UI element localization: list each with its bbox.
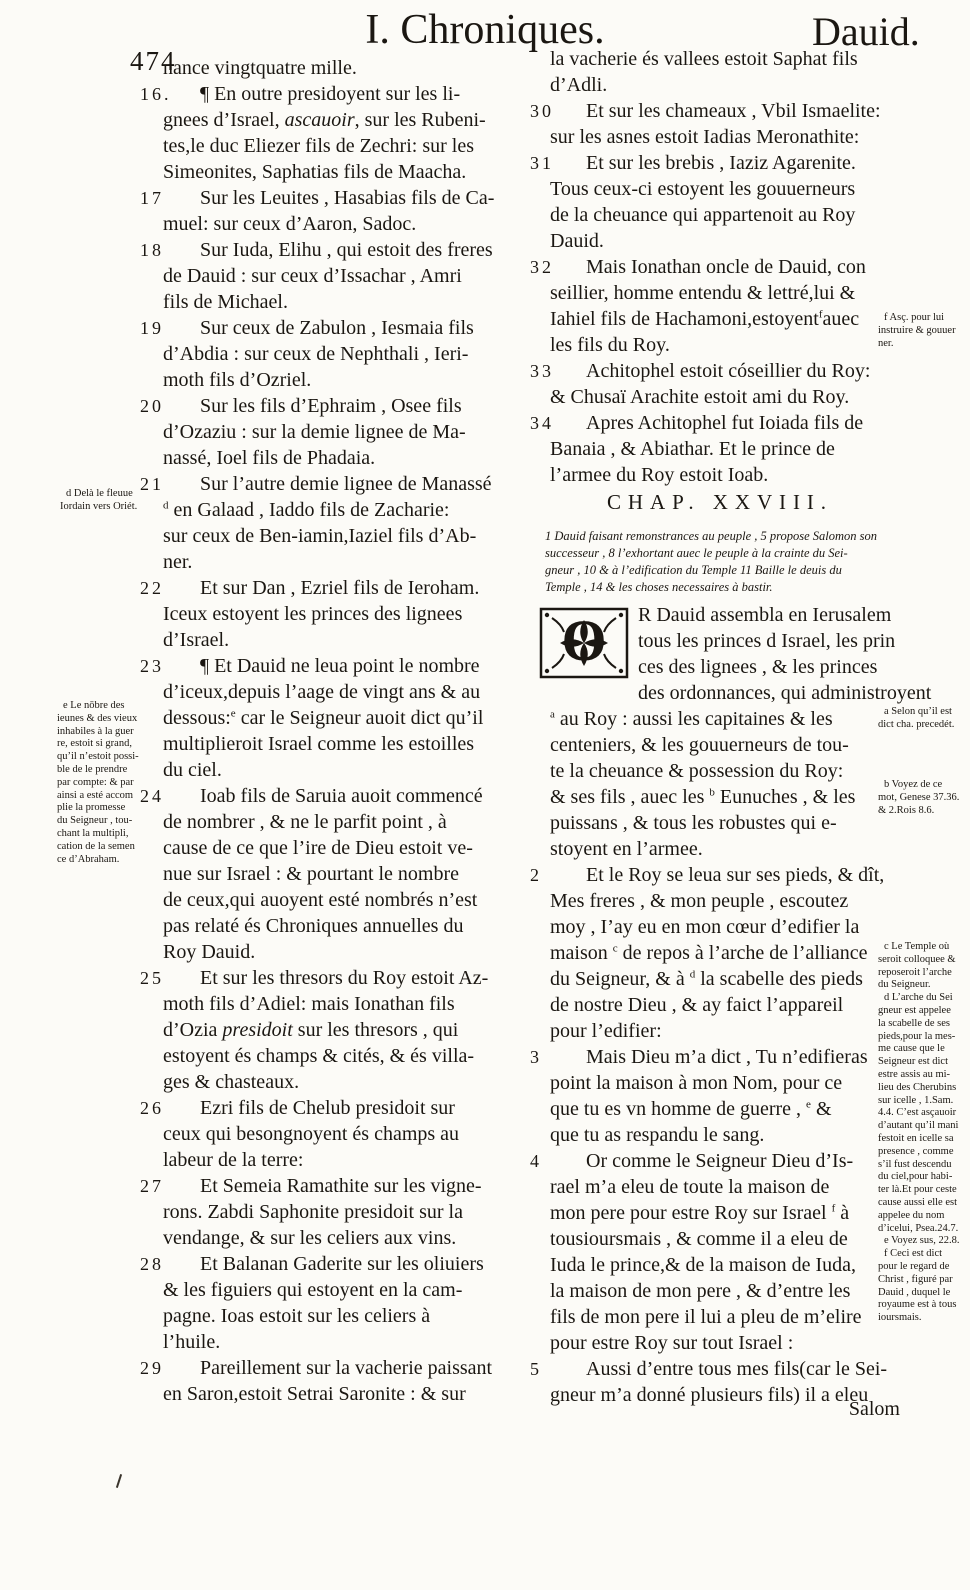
verse-text: tes,le duc Eliezer fils de Zechri: sur l…: [163, 135, 474, 157]
text-line: de ceux,qui auoyent esté nombrés n’est: [138, 887, 522, 913]
text-line: a au Roy : aussi les capitaines & les: [528, 706, 912, 732]
verse-text: Roy Dauid.: [163, 941, 255, 963]
verse-text: Iahiel fils de Hachamoni,estoyentfauec: [550, 308, 859, 330]
verse-text: R Dauid assembla en Ierusalem: [638, 604, 891, 626]
text-line: du Seigneur, & à d la scabelle des pieds: [528, 966, 912, 992]
verse-text: Et sur les thresors du Roy estoit Az-: [200, 967, 488, 989]
text-line: l’armee du Roy estoit Ioab.: [528, 462, 912, 488]
verse-text: Or comme le Seigneur Dieu d’Is-: [586, 1150, 853, 1172]
verse-text: & ses fils , auec les b Eunuches , & les: [550, 786, 855, 808]
verse-text: ¶ En outre presidoyent sur les li-: [200, 83, 460, 105]
verse-text: Et le Roy se leua sur ses pieds, & dît,: [586, 864, 884, 886]
text-line: 5Aussi d’entre tous mes fils(car le Sei-: [528, 1356, 912, 1382]
margin-note-line: ainsi a esté accom: [57, 790, 141, 803]
verse-text: sur les asnes estoit Iadias Meronathite:: [550, 126, 859, 148]
text-line: vendange, & sur les celiers aux vins.: [138, 1225, 522, 1251]
margin-note-line: re, estoit si grand,: [57, 738, 141, 751]
verse-text: Dauid.: [550, 230, 604, 252]
verse-text: l’huile.: [163, 1331, 220, 1353]
verse-number: 4: [530, 1148, 542, 1174]
text-line: Iahiel fils de Hachamoni,estoyentfauec: [528, 306, 912, 332]
verse-text: pour l’edifier:: [550, 1020, 662, 1042]
text-line: Simeonites, Saphatias fils de Maacha.: [138, 159, 522, 185]
verse-number: 19: [140, 315, 164, 341]
verse-text: ceux qui besongnoyent és champs au: [163, 1123, 459, 1145]
verse-text: que tu es vn homme de guerre , e &: [550, 1098, 832, 1120]
verse-text: Ezri fils de Chelub presidoit sur: [200, 1097, 455, 1119]
margin-note-line: Christ , figuré par: [878, 1274, 970, 1287]
verse-text: ces des lignees , & les princes: [638, 656, 877, 678]
verse-number: 22: [140, 575, 164, 601]
text-line: Banaia , & Abiathar. Et le prince de: [528, 436, 912, 462]
margin-note-line: du Seigneur.: [878, 979, 970, 992]
argument-line: successeur , 8 l’exhortant auec le peupl…: [545, 545, 915, 562]
margin-note-line: reposeroit l’arche: [878, 967, 970, 980]
text-line: puissans , & tous les robustes qui e-: [528, 810, 912, 836]
text-line: mon pere pour estre Roy sur Israel f à: [528, 1200, 912, 1226]
verse-text: moth fils d’Adiel: mais Ionathan fils: [163, 993, 455, 1015]
margin-note-right-block: c Le Temple oùseroit colloquee &reposero…: [878, 941, 970, 1325]
verse-number: 2: [530, 862, 542, 888]
text-line: & les figuiers qui estoyent en la cam-: [138, 1277, 522, 1303]
verse-text: moth fils d’Ozriel.: [163, 369, 311, 391]
text-line: 24Ioab fils de Saruia auoit commencé: [138, 783, 522, 809]
text-line: que tu es vn homme de guerre , e &: [528, 1096, 912, 1122]
text-line: nance vingtquatre mille.: [138, 55, 522, 81]
margin-note-line: lieu des Cherubins: [878, 1082, 970, 1095]
verse-number: 26: [140, 1095, 164, 1121]
margin-note-line: ieunes & des vieux: [57, 713, 141, 726]
margin-note-right-f2: f Ceci est dictpour le regard deChrist ,…: [878, 1248, 970, 1325]
text-line: d’Ozaziu : sur la demie lignee de Ma-: [138, 419, 522, 445]
text-line: du ciel.: [138, 757, 522, 783]
verse-text: Sur ceux de Zabulon , Iesmaia fils: [200, 317, 474, 339]
text-line: 32Mais Ionathan oncle de Dauid, con: [528, 254, 912, 280]
text-line: sur les asnes estoit Iadias Meronathite:: [528, 124, 912, 150]
verse-text: Sur Iuda, Elihu , qui estoit des freres: [200, 239, 493, 261]
margin-note-line: e Le nōbre des: [57, 700, 141, 713]
catchword: Salom: [528, 1398, 900, 1421]
verse-text: puissans , & tous les robustes qui e-: [550, 812, 837, 834]
margin-note-line: par compte: & par: [57, 777, 141, 790]
verse-text: des ordonnances, qui administroyent: [638, 682, 931, 704]
verse-text: la maison de mon pere , & d’entre les: [550, 1280, 850, 1302]
verse-text: la vacherie és vallees estoit Saphat fil…: [550, 48, 858, 70]
left-text-column: nance vingtquatre mille.16.¶ En outre pr…: [138, 55, 522, 1407]
verse-text: Mais Ionathan oncle de Dauid, con: [586, 256, 866, 278]
verse-text: muel: sur ceux d’Aaron, Sadoc.: [163, 213, 416, 235]
margin-note-right-b: b Voyez de cemot, Genese 37.36.& 2.Rois …: [878, 779, 968, 817]
argument-line: 1 Dauid faisant remonstrances au peuple …: [545, 528, 915, 545]
margin-note-line: qu’il n’estoit possi-: [57, 751, 141, 764]
verse-text: centeniers, & les gouuerneurs de tou-: [550, 734, 849, 756]
verse-number: 3: [530, 1044, 542, 1070]
verse-text: tousioursmais , & comme il a eleu de: [550, 1228, 848, 1250]
text-line: 3Mais Dieu m’a dict , Tu n’edifieras: [528, 1044, 912, 1070]
text-line: l’huile.: [138, 1329, 522, 1355]
margin-note-line: estre assis au mi-: [878, 1069, 970, 1082]
text-line: 29Pareillement sur la vacherie paissant: [138, 1355, 522, 1381]
margin-note-line: plie la promesse: [57, 802, 141, 815]
text-line: & Chusaï Arachite estoit ami du Roy.: [528, 384, 912, 410]
verse-text: Et Semeia Ramathite sur les vigne-: [200, 1175, 482, 1197]
text-line: la vacherie és vallees estoit Saphat fil…: [528, 46, 912, 72]
margin-note-line: f Ceci est dict: [878, 1248, 970, 1261]
verse-number: 18: [140, 237, 164, 263]
text-line: Iceux estoyent les princes des lignees: [138, 601, 522, 627]
verse-text: nue sur Israel : & pourtant le nombre: [163, 863, 459, 885]
margin-note-line: d’autant qu’il mani: [878, 1120, 970, 1133]
text-line: Dauid.: [528, 228, 912, 254]
verse-text: Apres Achitophel fut Ioiada fils de: [586, 412, 863, 434]
margin-note-line: presence , comme: [878, 1146, 970, 1159]
margin-note-line: dict cha. precedét.: [878, 719, 968, 732]
text-line: tous les princes d Israel, les prin: [528, 628, 912, 654]
text-line: Tous ceux-ci estoyent les gouuerneurs: [528, 176, 912, 202]
verse-text: de la cheuance qui appartenoit au Roy: [550, 204, 855, 226]
verse-text: d’Ozia presidoit sur les thresors , qui: [163, 1019, 458, 1041]
margin-note-left-e: e Le nōbre desieunes & des vieuxinhabile…: [57, 700, 141, 866]
ink-speck: [116, 1474, 122, 1488]
text-line: fils de Michael.: [138, 289, 522, 315]
text-line: 17Sur les Leuites , Hasabias fils de Ca-: [138, 185, 522, 211]
verse-text: les fils du Roy.: [550, 334, 670, 356]
text-line: multiplieroit Israel comme les estoilles: [138, 731, 522, 757]
text-line: 23¶ Et Dauid ne leua point le nombre: [138, 653, 522, 679]
margin-note-right-e: e Voyez sus, 22.8.: [878, 1235, 970, 1248]
text-line: ner.: [138, 549, 522, 575]
text-line: ceux qui besongnoyent és champs au: [138, 1121, 522, 1147]
verse-text: du ciel.: [163, 759, 222, 781]
verse-text: ges & chasteaux.: [163, 1071, 299, 1093]
text-line: gnees d’Israel, ascauoir, sur les Rubeni…: [138, 107, 522, 133]
verse-text: Banaia , & Abiathar. Et le prince de: [550, 438, 835, 460]
text-line: 4Or comme le Seigneur Dieu d’Is-: [528, 1148, 912, 1174]
verse-text: d’Israel.: [163, 629, 229, 651]
verse-text: maison c de repos à l’arche de l’allianc…: [550, 942, 868, 964]
verse-text: nance vingtquatre mille.: [163, 57, 357, 79]
text-line: cause de ce que l’ire de Dieu estoit ve-: [138, 835, 522, 861]
margin-note-line: pour le regard de: [878, 1261, 970, 1274]
text-line: des ordonnances, qui administroyent: [528, 680, 912, 706]
text-line: muel: sur ceux d’Aaron, Sadoc.: [138, 211, 522, 237]
verse-number: 16.: [140, 81, 172, 107]
margin-note-line: chant la multipli,: [57, 828, 141, 841]
text-line: de Dauid : sur ceux d’Issachar , Amri: [138, 263, 522, 289]
margin-note-line: mot, Genese 37.36.: [878, 792, 968, 805]
margin-note-line: du Seigneur , tou-: [57, 815, 141, 828]
margin-note-line: appelee du nom: [878, 1210, 970, 1223]
verse-text: Sur l’autre demie lignee de Manassé: [200, 473, 492, 495]
book-page: 474 I. Chroniques. Dauid. nance vingtqua…: [0, 0, 970, 1590]
text-line: d’iceux,depuis l’aage de vingt ans & au: [138, 679, 522, 705]
text-line: d’Ozia presidoit sur les thresors , qui: [138, 1017, 522, 1043]
verse-text: & Chusaï Arachite estoit ami du Roy.: [550, 386, 849, 408]
text-line: de la cheuance qui appartenoit au Roy: [528, 202, 912, 228]
margin-note-line: instruire & gouuer: [878, 325, 968, 338]
margin-note-line: Seigneur est dict: [878, 1056, 970, 1069]
verse-number: 34: [530, 410, 554, 436]
verse-text: Et sur les chameaux , Vbil Ismaelite:: [586, 100, 881, 122]
text-line: moth fils d’Ozriel.: [138, 367, 522, 393]
verse-text: pas relaté és Chroniques annuelles du: [163, 915, 463, 937]
margin-note-line: cause aussi elle est: [878, 1197, 970, 1210]
verse-text: Et sur Dan , Ezriel fils de Ieroham.: [200, 577, 479, 599]
text-line: d’Abdia : sur ceux de Nephthali , Ieri-: [138, 341, 522, 367]
text-line: tousioursmais , & comme il a eleu de: [528, 1226, 912, 1252]
text-line: nue sur Israel : & pourtant le nombre: [138, 861, 522, 887]
verse-text: dessous:e car le Seigneur auoit dict qu’…: [163, 707, 483, 729]
verse-text: rons. Zabdi Saphonite presidoit sur la: [163, 1201, 463, 1223]
margin-note-line: s’il fust descendu: [878, 1159, 970, 1172]
verse-text: Ioab fils de Saruia auoit commencé: [200, 785, 483, 807]
margin-note-line: Dauid , duquel le: [878, 1287, 970, 1300]
verse-number: 32: [530, 254, 554, 280]
text-line: nassé, Ioel fils de Phadaia.: [138, 445, 522, 471]
verse-text: de nombrer , & ne le parfit point , à: [163, 811, 447, 833]
margin-note-line: 4.4. C’est asçauoir: [878, 1107, 970, 1120]
verse-text: ner.: [163, 551, 192, 573]
text-line: la maison de mon pere , & d’entre les: [528, 1278, 912, 1304]
verse-text: Sur les Leuites , Hasabias fils de Ca-: [200, 187, 494, 209]
margin-note-line: c Le Temple où: [878, 941, 970, 954]
verse-text: multiplieroit Israel comme les estoilles: [163, 733, 474, 755]
text-line: seillier, homme entendu & lettré,lui &: [528, 280, 912, 306]
verse-number: 30: [530, 98, 554, 124]
text-line: te la cheuance & possession du Roy:: [528, 758, 912, 784]
margin-note-line: ter là.Et pour ceste: [878, 1184, 970, 1197]
margin-note-line: la scabelle de ses: [878, 1018, 970, 1031]
verse-text: Iuda le prince,& de la maison de Iuda,: [550, 1254, 856, 1276]
text-line: 2Et le Roy se leua sur ses pieds, & dît,: [528, 862, 912, 888]
verse-text: d’Abdia : sur ceux de Nephthali , Ieri-: [163, 343, 468, 365]
verse-number: 28: [140, 1251, 164, 1277]
verse-text: fils de mon pere il lui a pleu de m’elir…: [550, 1306, 862, 1328]
margin-note-line: b Voyez de ce: [878, 779, 968, 792]
text-line: labeur de la terre:: [138, 1147, 522, 1173]
margin-note-line: ioursmais.: [878, 1312, 970, 1325]
margin-note-right-d: d L’arche du Seigneur est appeleela scab…: [878, 992, 970, 1235]
text-line: 19Sur ceux de Zabulon , Iesmaia fils: [138, 315, 522, 341]
verse-text: d’Adli.: [550, 74, 607, 96]
text-line: d’Adli.: [528, 72, 912, 98]
text-line: dessous:e car le Seigneur auoit dict qu’…: [138, 705, 522, 731]
verse-number: 33: [530, 358, 554, 384]
text-line: 22Et sur Dan , Ezriel fils de Ieroham.: [138, 575, 522, 601]
verse-text: Aussi d’entre tous mes fils(car le Sei-: [586, 1358, 887, 1380]
margin-note-line: f Asç. pour lui: [878, 312, 968, 325]
verse-text: vendange, & sur les celiers aux vins.: [163, 1227, 456, 1249]
text-line: 21Sur l’autre demie lignee de Manassé: [138, 471, 522, 497]
argument-line: gneur , 10 & à l’edification du Temple 1…: [545, 562, 915, 579]
margin-note-line: ble de le prendre: [57, 764, 141, 777]
margin-note-right-f: f Asç. pour luiinstruire & gouuerner.: [878, 312, 968, 350]
verse-text: Sur les fils d’Ephraim , Osee fils: [200, 395, 462, 417]
text-line: de nostre Dieu , & ay faict l’appareil: [528, 992, 912, 1018]
text-line: stoyent en l’armee.: [528, 836, 912, 862]
text-line: pagne. Ioas estoit sur les celiers à: [138, 1303, 522, 1329]
verse-text: Et sur les brebis , Iaziz Agarenite.: [586, 152, 856, 174]
margin-note-line: cation de la semen: [57, 841, 141, 854]
margin-note-line: inhabiles à la guer: [57, 726, 141, 739]
verse-text: pagne. Ioas estoit sur les celiers à: [163, 1305, 430, 1327]
margin-note-line: royaume est à tous: [878, 1299, 970, 1312]
verse-text: l’armee du Roy estoit Ioab.: [550, 464, 768, 486]
verse-text: pour estre Roy sur tout Israel :: [550, 1332, 793, 1354]
right-text-column-top: la vacherie és vallees estoit Saphat fil…: [528, 46, 912, 488]
verse-text: Et Balanan Gaderite sur les oliuiers: [200, 1253, 484, 1275]
margin-note-line: ner.: [878, 338, 968, 351]
verse-text: Tous ceux-ci estoyent les gouuerneurs: [550, 178, 855, 200]
verse-text: de ceux,qui auoyent esté nombrés n’est: [163, 889, 477, 911]
verse-text: nassé, Ioel fils de Phadaia.: [163, 447, 375, 469]
text-line: 20Sur les fils d’Ephraim , Osee fils: [138, 393, 522, 419]
verse-text: ¶ Et Dauid ne leua point le nombre: [200, 655, 480, 677]
text-line: R Dauid assembla en Ierusalem: [528, 602, 912, 628]
margin-note-line: seroit colloquee &: [878, 954, 970, 967]
text-line: ges & chasteaux.: [138, 1069, 522, 1095]
margin-note-line: ce d’Abraham.: [57, 854, 141, 867]
verse-text: d’iceux,depuis l’aage de vingt ans & au: [163, 681, 480, 703]
verse-text: a au Roy : aussi les capitaines & les: [550, 708, 833, 730]
text-line: de nombrer , & ne le parfit point , à: [138, 809, 522, 835]
verse-number: 5: [530, 1356, 542, 1382]
verse-text: que tu as respandu le sang.: [550, 1124, 764, 1146]
verse-text: sur ceux de Ben-iamin,Iaziel fils d’Ab-: [163, 525, 476, 547]
verse-number: 17: [140, 185, 164, 211]
text-line: 26Ezri fils de Chelub presidoit sur: [138, 1095, 522, 1121]
verse-text: Achitophel estoit cóseillier du Roy:: [586, 360, 870, 382]
verse-number: 24: [140, 783, 164, 809]
text-line: pour estre Roy sur tout Israel :: [528, 1330, 912, 1356]
text-line: 30Et sur les chameaux , Vbil Ismaelite:: [528, 98, 912, 124]
verse-text: d’Ozaziu : sur la demie lignee de Ma-: [163, 421, 466, 443]
margin-note-line: & 2.Rois 8.6.: [878, 805, 968, 818]
text-line: 33Achitophel estoit cóseillier du Roy:: [528, 358, 912, 384]
text-line: Iuda le prince,& de la maison de Iuda,: [528, 1252, 912, 1278]
text-line: pas relaté és Chroniques annuelles du: [138, 913, 522, 939]
text-line: estoyent és champs & cités, & és villa-: [138, 1043, 522, 1069]
text-line: 27Et Semeia Ramathite sur les vigne-: [138, 1173, 522, 1199]
text-line: d en Galaad , Iaddo fils de Zacharie:: [138, 497, 522, 523]
verse-text: te la cheuance & possession du Roy:: [550, 760, 843, 782]
text-line: Roy Dauid.: [138, 939, 522, 965]
margin-note-line: d L’arche du Sei: [878, 992, 970, 1005]
text-line: point la maison à mon Nom, pour ce: [528, 1070, 912, 1096]
verse-text: d en Galaad , Iaddo fils de Zacharie:: [163, 499, 449, 521]
text-line: pour l’edifier:: [528, 1018, 912, 1044]
text-line: maison c de repos à l’arche de l’allianc…: [528, 940, 912, 966]
verse-text: du Seigneur, & à d la scabelle des pieds: [550, 968, 863, 990]
margin-note-right-c: c Le Temple oùseroit colloquee &reposero…: [878, 941, 970, 992]
verse-text: seillier, homme entendu & lettré,lui &: [550, 282, 855, 304]
text-line: 18Sur Iuda, Elihu , qui estoit des frere…: [138, 237, 522, 263]
verse-text: point la maison à mon Nom, pour ce: [550, 1072, 842, 1094]
text-line: moth fils d’Adiel: mais Ionathan fils: [138, 991, 522, 1017]
text-line: 25Et sur les thresors du Roy estoit Az-: [138, 965, 522, 991]
text-line: d’Israel.: [138, 627, 522, 653]
margin-note-line: d’icelui, Psea.24.7.: [878, 1223, 970, 1236]
margin-note-line: sur icelle , 1.Sam.: [878, 1095, 970, 1108]
verse-text: estoyent és champs & cités, & és villa-: [163, 1045, 474, 1067]
text-line: fils de mon pere il lui a pleu de m’elir…: [528, 1304, 912, 1330]
text-line: que tu as respandu le sang.: [528, 1122, 912, 1148]
verse-text: Mais Dieu m’a dict , Tu n’edifieras: [586, 1046, 868, 1068]
verse-number: 29: [140, 1355, 164, 1381]
margin-note-line: du ciel,pour habi-: [878, 1171, 970, 1184]
chapter-body: O R Dauid assembla en Ierusalemtous les …: [528, 602, 912, 1408]
verse-number: 27: [140, 1173, 164, 1199]
margin-note-line: Iordain vers Oriét.: [60, 501, 162, 514]
argument-line: Temple , 14 & les choses necessaires à b…: [545, 579, 915, 596]
verse-text: fils de Michael.: [163, 291, 288, 313]
verse-text: rael m’a eleu de toute la maison de: [550, 1176, 829, 1198]
chapter-heading: CHAP. XXVIII.: [528, 490, 912, 515]
text-line: ces des lignees , & les princes: [528, 654, 912, 680]
verse-text: mon pere pour estre Roy sur Israel f à: [550, 1202, 849, 1224]
text-line: 28Et Balanan Gaderite sur les oliuiers: [138, 1251, 522, 1277]
verse-text: Mes freres , & mon peuple , escoutez: [550, 890, 848, 912]
verse-text: & les figuiers qui estoyent en la cam-: [163, 1279, 462, 1301]
text-line: rons. Zabdi Saphonite presidoit sur la: [138, 1199, 522, 1225]
margin-note-left-d: d Delà le fleuueIordain vers Oriét.: [60, 488, 162, 514]
verse-text: labeur de la terre:: [163, 1149, 303, 1171]
text-line: & ses fils , auec les b Eunuches , & les: [528, 784, 912, 810]
text-line: 34Apres Achitophel fut Ioiada fils de: [528, 410, 912, 436]
verse-number: 25: [140, 965, 164, 991]
verse-number: 23: [140, 653, 164, 679]
verse-text: tous les princes d Israel, les prin: [638, 630, 895, 652]
verse-text: moy , I’ay eu en mon cœur d’edifier la: [550, 916, 859, 938]
chapter-argument: 1 Dauid faisant remonstrances au peuple …: [545, 528, 915, 596]
text-line: en Saron,estoit Setrai Saronite : & sur: [138, 1381, 522, 1407]
margin-note-line: d Delà le fleuue: [60, 488, 162, 501]
margin-note-line: me cause que le: [878, 1043, 970, 1056]
text-line: rael m’a eleu de toute la maison de: [528, 1174, 912, 1200]
text-line: 16.¶ En outre presidoyent sur les li-: [138, 81, 522, 107]
verse-text: de Dauid : sur ceux d’Issachar , Amri: [163, 265, 462, 287]
verse-number: 31: [530, 150, 554, 176]
margin-note-line: e Voyez sus, 22.8.: [878, 1235, 970, 1248]
margin-note-line: gneur est appelee: [878, 1005, 970, 1018]
verse-text: en Saron,estoit Setrai Saronite : & sur: [163, 1383, 466, 1405]
text-line: sur ceux de Ben-iamin,Iaziel fils d’Ab-: [138, 523, 522, 549]
verse-text: gnees d’Israel, ascauoir, sur les Rubeni…: [163, 109, 486, 131]
margin-note-line: a Selon qu’il est: [878, 706, 968, 719]
verse-text: Simeonites, Saphatias fils de Maacha.: [163, 161, 466, 183]
margin-note-line: pieds,pour la mes-: [878, 1031, 970, 1044]
verse-text: Pareillement sur la vacherie paissant: [200, 1357, 492, 1379]
margin-note-line: festoit en icelle sa: [878, 1133, 970, 1146]
verse-text: stoyent en l’armee.: [550, 838, 703, 860]
verse-text: de nostre Dieu , & ay faict l’appareil: [550, 994, 843, 1016]
text-line: Mes freres , & mon peuple , escoutez: [528, 888, 912, 914]
verse-text: cause de ce que l’ire de Dieu estoit ve-: [163, 837, 473, 859]
text-line: tes,le duc Eliezer fils de Zechri: sur l…: [138, 133, 522, 159]
verse-number: 20: [140, 393, 164, 419]
margin-note-right-a: a Selon qu’il estdict cha. precedét.: [878, 706, 968, 732]
text-line: centeniers, & les gouuerneurs de tou-: [528, 732, 912, 758]
verse-text: Iceux estoyent les princes des lignees: [163, 603, 462, 625]
text-line: les fils du Roy.: [528, 332, 912, 358]
text-line: 31Et sur les brebis , Iaziz Agarenite.: [528, 150, 912, 176]
text-line: moy , I’ay eu en mon cœur d’edifier la: [528, 914, 912, 940]
